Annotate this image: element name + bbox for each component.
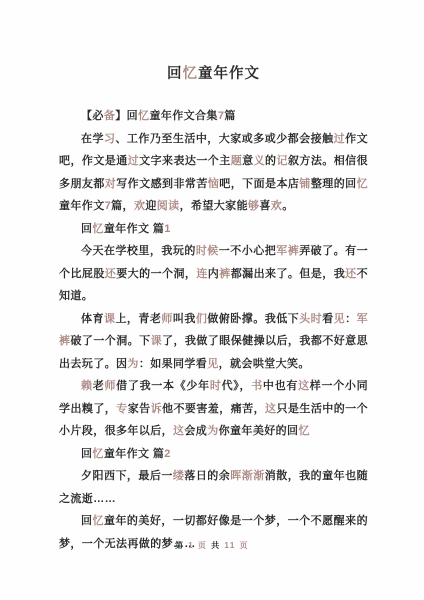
- text-run: 看: [322, 313, 333, 325]
- fallback-glyph-run: 1: [164, 223, 171, 235]
- text-run: 童年作文合集: [149, 110, 217, 122]
- paragraph: 赖老师借了我一本《少年时代》，书中也有这样一个小同学出糗了，专家告诉他不要害羞，…: [59, 375, 368, 443]
- fallback-glyph-run: 晖渐渐: [230, 470, 264, 482]
- text-run: 。: [282, 200, 293, 212]
- text-run: 文字来表达一个主: [139, 155, 231, 167]
- paragraph: 体育课上，青老师叫我们做俯卧撑。我低下头时看见：军裤破了一个洞。下课了，我做了眼…: [59, 308, 368, 376]
- text-run: 回: [81, 448, 92, 460]
- text-run: 回: [81, 515, 92, 527]
- fallback-glyph-run: 11 页: [224, 541, 249, 550]
- text-run: 夕阳西下，最后一: [81, 470, 173, 482]
- fallback-glyph-run: 习: [104, 133, 115, 145]
- text-run: 要大的一个洞，: [116, 268, 196, 280]
- text-run: 童年作文 篇: [104, 223, 164, 235]
- fallback-glyph-run: 连: [196, 268, 207, 280]
- text-run: 你童年美好的回: [219, 425, 299, 437]
- text-run: 一不小心把: [219, 245, 276, 257]
- paragraph: 今天在学校里，我玩的时候一不小心把军裤弄破了。有一个比屁股还要大的一个洞，连内裤…: [59, 240, 368, 308]
- page-number-footer: 第 1 页 共 11 页: [0, 540, 424, 551]
- text-run: 】回: [115, 110, 138, 122]
- paragraph: 在学习、工作乃至生活中，大家或多或少都会接触过作文吧，作文是通过文字来表达一个主…: [59, 128, 368, 218]
- text-run: 家告: [128, 403, 151, 415]
- text-run: 都漏出来了。但是，我: [231, 268, 345, 280]
- fallback-glyph-run: 对: [105, 178, 116, 190]
- fallback-glyph-run: 书: [251, 380, 263, 392]
- fallback-glyph-run: 够: [248, 200, 259, 212]
- fallback-glyph-run: 为: [207, 425, 218, 437]
- fallback-glyph-run: 时候: [196, 245, 219, 257]
- text-run: 上，青老: [115, 313, 161, 325]
- fallback-glyph-run: 赖: [81, 380, 93, 392]
- text-run: 的: [265, 155, 276, 167]
- fallback-glyph-run: 记: [277, 155, 288, 167]
- text-run: 会成: [184, 425, 207, 437]
- paragraph: 回忆童年作文 篇2: [59, 443, 368, 466]
- text-run: 篇，: [111, 200, 134, 212]
- fallback-glyph-run: 这: [265, 403, 276, 415]
- text-run: 老: [93, 380, 105, 392]
- text-run: 童年作文 篇: [104, 448, 164, 460]
- document-page: 回忆童年作文 【必备】回忆童年作文合集7篇在学习、工作乃至生活中，大家或多或少都…: [0, 0, 424, 600]
- fallback-glyph-run: 这: [173, 425, 184, 437]
- text-run: 借了我一本《少年: [116, 380, 210, 392]
- fallback-glyph-run: 还: [345, 268, 356, 280]
- text-run: 意: [242, 155, 253, 167]
- fallback-glyph-run: 铺: [299, 178, 310, 190]
- fallback-glyph-run: 诉: [151, 403, 162, 415]
- text-run: 做俯卧撑。我低下: [207, 313, 299, 325]
- fallback-glyph-run: 还: [105, 268, 116, 280]
- text-run: 回: [81, 223, 92, 235]
- text-run: 破了一个洞。下: [70, 335, 150, 347]
- text-run: ，就会哄堂大笑。: [219, 358, 310, 370]
- fallback-glyph-run: 师: [104, 380, 116, 392]
- text-run: 第: [175, 541, 188, 550]
- fallback-glyph-run: 恼: [208, 178, 219, 190]
- text-run: 写作文感到非常苦: [116, 178, 208, 190]
- fallback-glyph-run: 军裤: [276, 245, 299, 257]
- fallback-glyph-run: 这: [298, 380, 310, 392]
- text-run: 在学: [81, 133, 104, 145]
- text-run: ：: [345, 313, 356, 325]
- text-run: 共: [207, 541, 224, 550]
- text-run: 叫我: [173, 313, 196, 325]
- fallback-glyph-run: 忆: [92, 515, 103, 527]
- text-run: 代》，: [222, 380, 252, 392]
- fallback-glyph-run: 忆: [298, 425, 309, 437]
- fallback-glyph-run: 忆: [92, 223, 103, 235]
- fallback-glyph-run: 头时: [299, 313, 322, 325]
- fallback-glyph-run: 阅读: [157, 200, 180, 212]
- text-run: 落日的余: [184, 470, 230, 482]
- fallback-glyph-run: 裤: [219, 268, 230, 280]
- text-run: 迎: [145, 200, 156, 212]
- fallback-glyph-run: 为: [127, 358, 138, 370]
- text-run: 他不要害羞，痛苦，: [162, 403, 265, 415]
- fallback-glyph-run: 题: [231, 155, 242, 167]
- text-run: 体育: [81, 313, 104, 325]
- text-run: 吧，下面是本店: [219, 178, 299, 190]
- fallback-glyph-run: 忆: [92, 448, 103, 460]
- fallback-glyph-run: 课: [151, 335, 162, 347]
- text-run: 中也有: [263, 380, 298, 392]
- fallback-glyph-run: 2: [164, 448, 171, 460]
- fallback-glyph-run: 师: [161, 313, 172, 325]
- text-run: 今天在学校里，我玩的: [81, 245, 196, 257]
- fallback-glyph-run: 忆: [357, 178, 368, 190]
- fallback-glyph-run: 们: [196, 313, 207, 325]
- document-body: 【必备】回忆童年作文合集7篇在学习、工作乃至生活中，大家或多或少都会接触过作文吧…: [59, 105, 368, 555]
- fallback-glyph-run: 课: [104, 313, 115, 325]
- fallback-glyph-run: 忆: [183, 66, 199, 82]
- text-run: 喜: [259, 200, 270, 212]
- paragraph: 回忆童年作文 篇1: [59, 218, 368, 241]
- text-run: 整理的回: [311, 178, 357, 190]
- fallback-glyph-run: 义: [254, 155, 265, 167]
- fallback-glyph-run: 过: [334, 133, 345, 145]
- paragraph: 【必备】回忆童年作文合集7篇: [59, 105, 368, 128]
- fallback-glyph-run: 时: [210, 380, 222, 392]
- text-run: 回: [167, 66, 183, 82]
- fallback-glyph-run: 过: [128, 155, 139, 167]
- text-run: ：如果同学看: [139, 358, 207, 370]
- text-run: 、工作乃至生活中，大家或多或少都会接触: [115, 133, 333, 145]
- fallback-glyph-run: 缕: [173, 470, 184, 482]
- text-run: 童年作文: [59, 200, 105, 212]
- document-title: 回忆童年作文: [59, 66, 368, 83]
- text-run: 篇: [224, 110, 235, 122]
- fallback-glyph-run: 专: [116, 403, 127, 415]
- fallback-glyph-run: 见: [207, 358, 218, 370]
- text-run: 童年作文: [198, 66, 260, 82]
- fallback-glyph-run: 忆: [138, 110, 149, 122]
- fallback-glyph-run: 1 页: [188, 541, 207, 550]
- fallback-glyph-run: 备: [104, 110, 115, 122]
- text-run: 内: [208, 268, 219, 280]
- paragraph: 夕阳西下，最后一缕落日的余晖渐渐消散，我的童年也随之流逝……: [59, 465, 368, 510]
- text-run: 【必: [81, 110, 104, 122]
- fallback-glyph-run: 欢: [134, 200, 145, 212]
- fallback-glyph-run: 见: [334, 313, 345, 325]
- fallback-glyph-run: 欢: [271, 200, 282, 212]
- text-run: ，希望大家能: [180, 200, 248, 212]
